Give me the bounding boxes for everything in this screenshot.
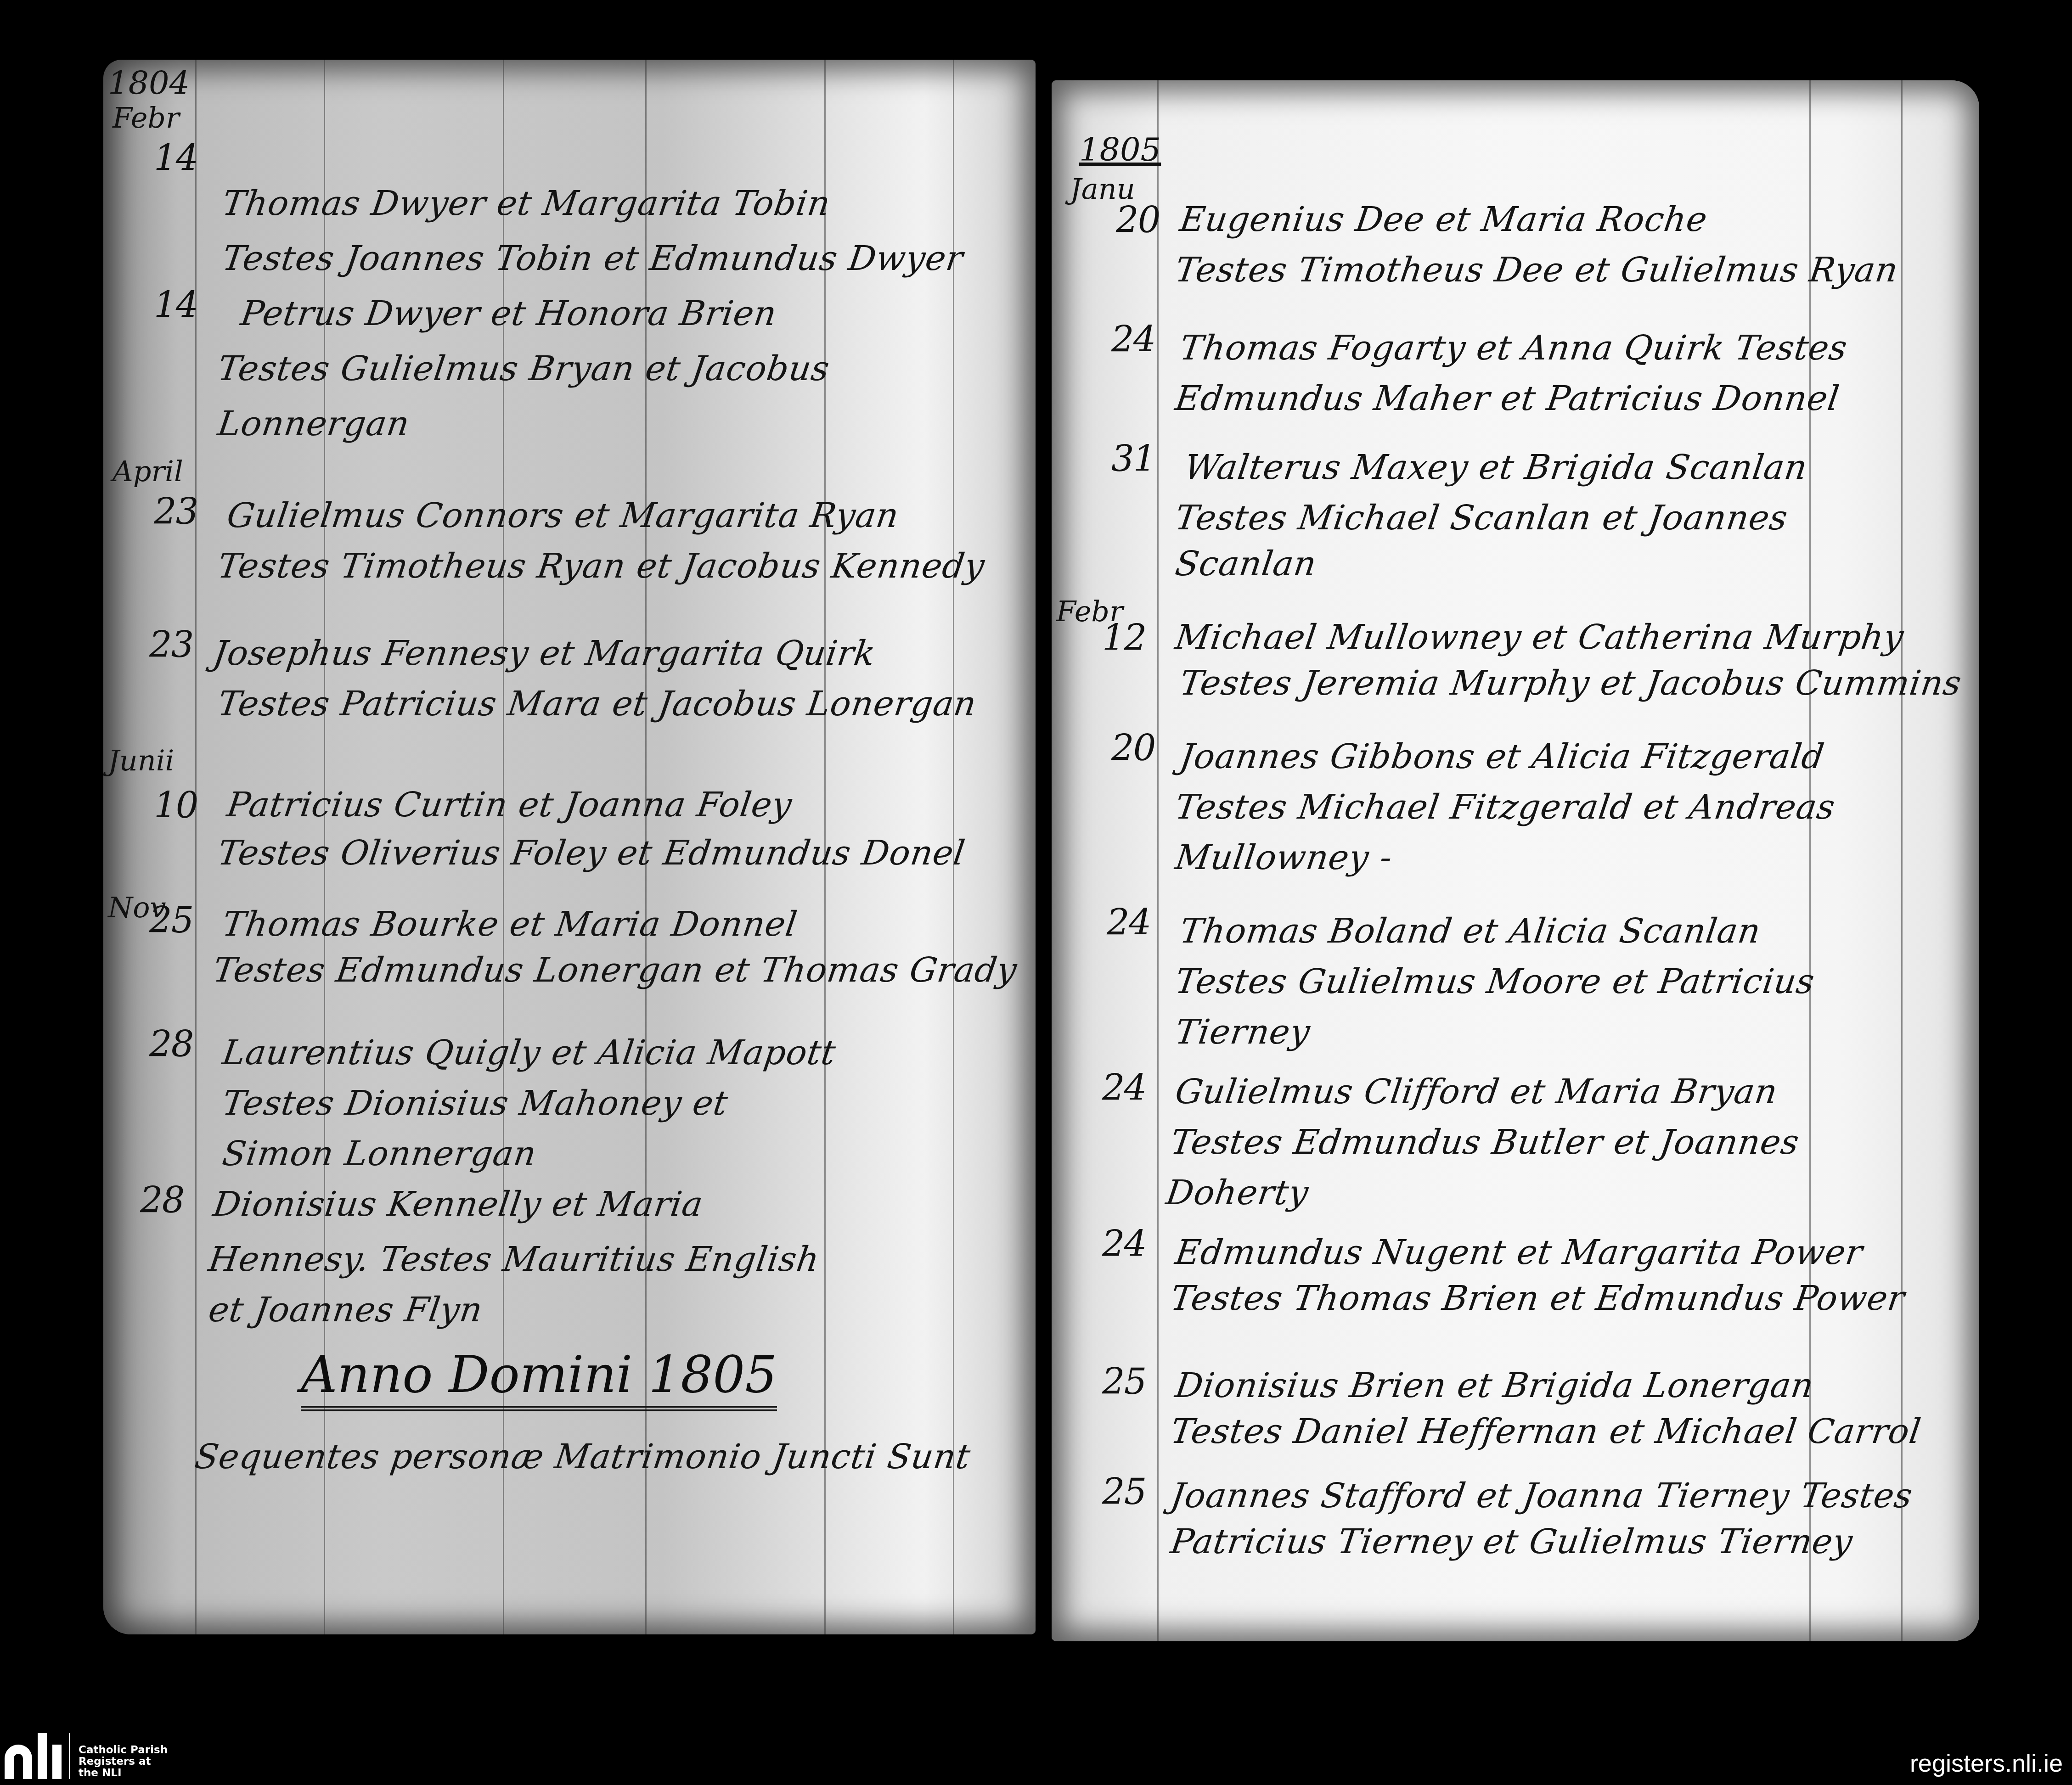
entry-line: Testes Timotheus Dee et Gulielmus Ryan xyxy=(1173,250,1901,290)
entry-day: 24 xyxy=(1107,902,1150,943)
entry-line: et Joannes Flyn xyxy=(206,1290,485,1330)
entry-day: 12 xyxy=(1102,617,1146,659)
left-register-page: 1804 Febr 14 Thomas Dwyer et Margarita T… xyxy=(103,60,1036,1634)
logo-text-line: Registers at xyxy=(79,1756,170,1768)
entry-line: Testes Edmundus Butler et Joannes xyxy=(1168,1123,1802,1162)
right-register-page: 1805 Janu 20 Eugenius Dee et Maria Roche… xyxy=(1052,80,1979,1641)
entry-line: Walterus Maxey et Brigida Scanlan xyxy=(1182,448,1810,487)
entry-line: Patricius Tierney et Gulielmus Tierney xyxy=(1168,1522,1855,1561)
entry-line: Testes Michael Fitzgerald et Andreas xyxy=(1173,787,1838,827)
entry-line: Testes Patricius Mara et Jacobus Lonerga… xyxy=(215,684,979,724)
entry-day: 24 xyxy=(1102,1224,1146,1265)
entry-day: 28 xyxy=(140,1180,184,1221)
entry-line: Testes Dionisius Mahoney et xyxy=(220,1083,731,1123)
book-gutter xyxy=(1036,60,1052,1644)
entry-line: Petrus Dwyer et Honora Brien xyxy=(238,294,779,333)
entry-line: Patricius Curtin et Joanna Foley xyxy=(225,785,794,825)
entry-line: Testes Gulielmus Bryan et Jacobus xyxy=(215,349,832,388)
entry-line: Testes Thomas Brien et Edmundus Power xyxy=(1168,1279,1908,1318)
ruled-line xyxy=(1901,80,1903,1641)
entry-line: Laurentius Quigly et Alicia Mapott xyxy=(220,1033,839,1072)
entry-line: Gulielmus Connors et Margarita Ryan xyxy=(225,496,901,535)
logo-divider xyxy=(69,1733,70,1779)
entry-line: Josephus Fennesy et Margarita Quirk xyxy=(211,634,878,673)
logo-text: Catholic Parish Registers at the NLI xyxy=(79,1745,170,1779)
entry-line: Testes Edmundus Lonergan et Thomas Grady xyxy=(211,950,1019,990)
entry-line: Testes Timotheus Ryan et Jacobus Kennedy xyxy=(215,546,987,586)
site-url: registers.nli.ie xyxy=(1910,1749,2063,1778)
entry-day: 14 xyxy=(154,138,197,179)
entry-line: Joannes Gibbons et Alicia Fitzgerald xyxy=(1177,737,1827,776)
entry-month: Febr xyxy=(113,101,180,135)
ruled-line xyxy=(1157,80,1159,1641)
nli-logo-mark-icon xyxy=(5,1733,62,1779)
entry-line: Testes Oliverius Foley et Edmundus Donel xyxy=(215,833,968,873)
entry-line: Thomas Boland et Alicia Scanlan xyxy=(1177,911,1763,951)
entry-line: Testes Michael Scanlan et Joannes xyxy=(1173,498,1790,538)
entry-line: Dionisius Kennelly et Maria xyxy=(211,1184,706,1224)
entry-day: 25 xyxy=(149,900,193,941)
entry-month: Junii xyxy=(108,744,174,777)
year-marker: 1804 xyxy=(108,64,190,102)
entry-line: Tierney xyxy=(1173,1012,1313,1052)
entry-day: 14 xyxy=(154,285,197,326)
entry-line: Lonnergan xyxy=(215,404,412,443)
ruled-line xyxy=(1809,80,1811,1641)
entry-line: Edmundus Nugent et Margarita Power xyxy=(1173,1233,1865,1272)
entry-line: Hennesy. Testes Mauritius English xyxy=(206,1240,822,1279)
entry-day: 23 xyxy=(154,491,197,533)
entry-day: 10 xyxy=(154,785,197,826)
entry-day: 31 xyxy=(1111,438,1155,480)
entry-line: Edmundus Maher et Patricius Donnel xyxy=(1173,379,1842,418)
entry-day: 23 xyxy=(149,624,193,666)
entry-line: Gulielmus Clifford et Maria Bryan xyxy=(1173,1072,1780,1111)
entry-line: Thomas Bourke et Maria Donnel xyxy=(220,904,800,944)
entry-line: Testes Jeremia Murphy et Jacobus Cummins xyxy=(1177,663,1964,703)
year-heading: Anno Domini 1805 xyxy=(301,1345,777,1411)
entry-line: Thomas Dwyer et Margarita Tobin xyxy=(220,184,833,223)
entry-line: Mullowney - xyxy=(1173,838,1395,877)
entry-day: 28 xyxy=(149,1024,193,1065)
entry-month: April xyxy=(113,455,183,488)
entry-day: 20 xyxy=(1111,728,1155,769)
nli-logo: Catholic Parish Registers at the NLI xyxy=(5,1733,170,1779)
entry-day: 25 xyxy=(1102,1471,1146,1513)
entry-line: Simon Lonnergan xyxy=(220,1134,539,1173)
year-marker: 1805 xyxy=(1079,131,1161,168)
logo-text-line: Catholic Parish xyxy=(79,1745,170,1756)
entry-day: 24 xyxy=(1111,319,1155,360)
section-subheading: Sequentes personæ Matrimonio Juncti Sunt xyxy=(192,1437,973,1476)
entry-day: 20 xyxy=(1116,200,1160,241)
entry-line: Joannes Stafford et Joanna Tierney Teste… xyxy=(1168,1476,1915,1516)
entry-day: 24 xyxy=(1102,1067,1146,1109)
entry-line: Testes Daniel Heffernan et Michael Carro… xyxy=(1168,1412,1924,1451)
entry-line: Dionisius Brien et Brigida Lonergan xyxy=(1173,1366,1816,1405)
entry-line: Michael Mullowney et Catherina Murphy xyxy=(1173,617,1906,657)
logo-text-line: the NLI xyxy=(79,1768,170,1779)
entry-day: 25 xyxy=(1102,1361,1146,1403)
entry-line: Thomas Fogarty et Anna Quirk Testes xyxy=(1177,328,1850,368)
entry-line: Scanlan xyxy=(1173,544,1319,584)
entry-line: Doherty xyxy=(1164,1173,1311,1212)
entry-line: Testes Gulielmus Moore et Patricius xyxy=(1173,962,1817,1001)
entry-line: Eugenius Dee et Maria Roche xyxy=(1177,200,1710,239)
entry-line: Testes Joannes Tobin et Edmundus Dwyer xyxy=(220,239,966,278)
